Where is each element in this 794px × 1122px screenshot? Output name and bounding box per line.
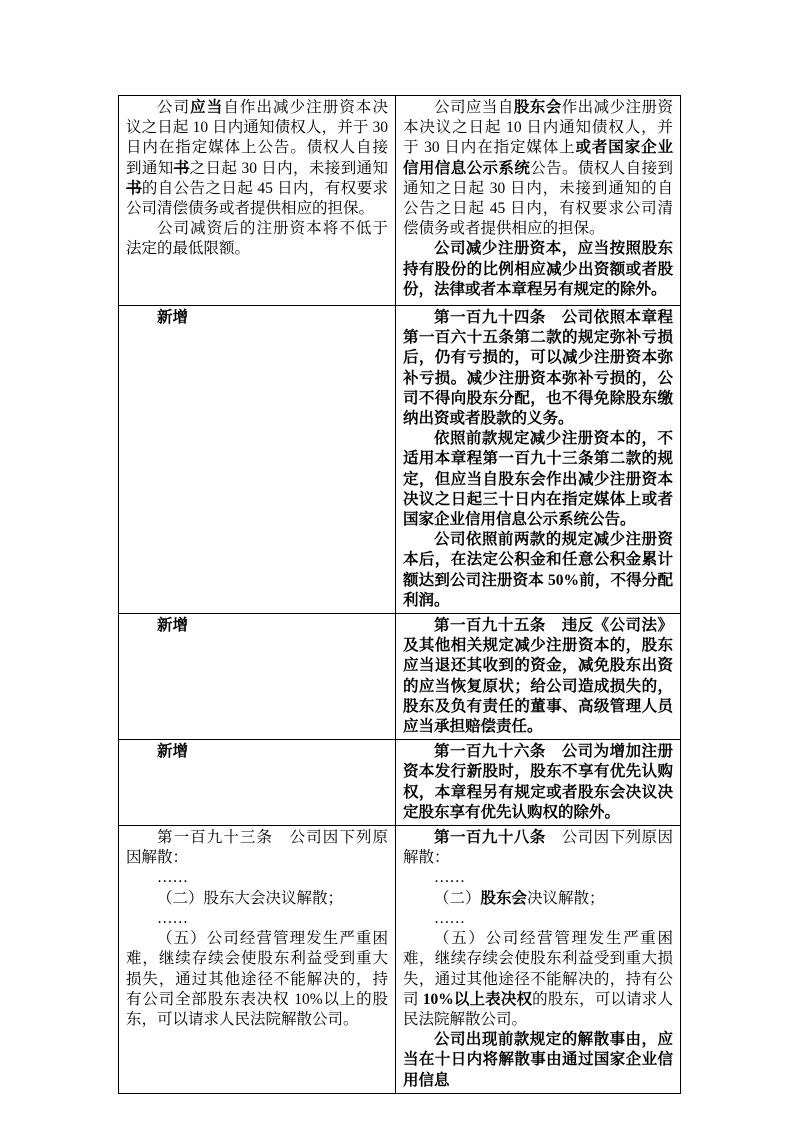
paragraph: …… bbox=[403, 868, 673, 888]
text-run: 公司 bbox=[157, 99, 190, 116]
text-run: 公司减资后的注册资本将不低于法定的最低限额。 bbox=[126, 220, 388, 257]
paragraph: 公司减少注册资本，应当按照股东持有股份的比例相应减少出资额或者股份，法律或者本章… bbox=[403, 239, 673, 300]
paragraph: 公司出现前款规定的解散事由，应当在十日内将解散事由通过国家企业信用信息 bbox=[403, 1030, 673, 1091]
old-version-cell: 新增 bbox=[119, 740, 396, 826]
text-run: 股东会 bbox=[481, 890, 528, 907]
text-run: 公司出现前款规定的解散事由，应当在十日内将解散事由通过国家企业信用信息 bbox=[403, 1031, 673, 1088]
text-run: 书 bbox=[174, 160, 190, 177]
paragraph: 公司应当自作出减少注册资本决议之日起 10 日内通知债权人，并于 30 日内在指… bbox=[126, 98, 388, 219]
text-run: （二） bbox=[434, 890, 481, 907]
text-run: （五）公司经营管理发生严重困难，继续存续会使股东利益受到重大损失，通过其他途径不… bbox=[126, 930, 388, 1028]
paragraph: 第一百九十四条 公司依照本章程第一百六十五条第二款的规定弥补亏损后，仍有亏损的，… bbox=[403, 308, 673, 429]
paragraph: …… bbox=[126, 868, 388, 888]
text-run: 第一百九十四条 公司依照本章程第一百六十五条第二款的规定弥补亏损后，仍有亏损的，… bbox=[403, 309, 673, 427]
text-run: 公司依照前两款的规定减少注册资本后，在法定公积金和任意公积金累计额达到公司注册资… bbox=[403, 531, 673, 609]
paragraph: 第一百九十三条 公司因下列原因解散： bbox=[126, 828, 388, 868]
table-row: 第一百九十三条 公司因下列原因解散：……（二）股东大会决议解散；……（五）公司经… bbox=[119, 826, 681, 1094]
text-run: 第一百九十五条 违反《公司法》及其他相关规定减少注册资本的，股东应当退还其收到的… bbox=[403, 617, 673, 735]
text-run: 新增 bbox=[157, 309, 188, 326]
new-version-cell: 第一百九十四条 公司依照本章程第一百六十五条第二款的规定弥补亏损后，仍有亏损的，… bbox=[396, 306, 681, 614]
text-run: 10%以上表决权 bbox=[423, 991, 532, 1008]
text-run: …… bbox=[157, 910, 188, 927]
paragraph: 新增 bbox=[126, 616, 388, 636]
text-run: 股东会 bbox=[514, 99, 562, 116]
text-run: 公司减少注册资本，应当按照股东持有股份的比例相应减少出资额或者股份，法律或者本章… bbox=[403, 240, 673, 297]
old-version-cell: 公司应当自作出减少注册资本决议之日起 10 日内通知债权人，并于 30 日内在指… bbox=[119, 96, 396, 306]
amendment-comparison-table: 公司应当自作出减少注册资本决议之日起 10 日内通知债权人，并于 30 日内在指… bbox=[118, 95, 681, 1094]
new-version-cell: 第一百九十六条 公司为增加注册资本发行新股时，股东不享有优先认购权，本章程另有规… bbox=[396, 740, 681, 826]
paragraph: 第一百九十八条 公司因下列原因解散： bbox=[403, 828, 673, 868]
text-run: 第一百九十六条 公司为增加注册资本发行新股时，股东不享有优先认购权，本章程另有规… bbox=[403, 743, 673, 821]
table-row: 新增第一百九十四条 公司依照本章程第一百六十五条第二款的规定弥补亏损后，仍有亏损… bbox=[119, 306, 681, 614]
paragraph: （五）公司经营管理发生严重困难，继续存续会使股东利益受到重大损失，通过其他途径不… bbox=[403, 929, 673, 1030]
text-run: …… bbox=[157, 869, 188, 886]
text-run: 新增 bbox=[157, 743, 188, 760]
old-version-cell: 第一百九十三条 公司因下列原因解散：……（二）股东大会决议解散；……（五）公司经… bbox=[119, 826, 396, 1094]
text-run: 书 bbox=[126, 180, 142, 197]
old-version-cell: 新增 bbox=[119, 306, 396, 614]
paragraph: （二）股东会决议解散； bbox=[403, 889, 673, 909]
paragraph: 新增 bbox=[126, 308, 388, 328]
table-row: 新增第一百九十五条 违反《公司法》及其他相关规定减少注册资本的，股东应当退还其收… bbox=[119, 614, 681, 740]
paragraph: 新增 bbox=[126, 742, 388, 762]
paragraph: 公司减资后的注册资本将不低于法定的最低限额。 bbox=[126, 219, 388, 259]
text-run: 新增 bbox=[157, 617, 188, 634]
paragraph: 公司依照前两款的规定减少注册资本后，在法定公积金和任意公积金累计额达到公司注册资… bbox=[403, 530, 673, 611]
new-version-cell: 第一百九十五条 违反《公司法》及其他相关规定减少注册资本的，股东应当退还其收到的… bbox=[396, 614, 681, 740]
paragraph: 第一百九十五条 违反《公司法》及其他相关规定减少注册资本的，股东应当退还其收到的… bbox=[403, 616, 673, 737]
paragraph: …… bbox=[126, 909, 388, 929]
old-version-cell: 新增 bbox=[119, 614, 396, 740]
text-run: 应当 bbox=[190, 99, 223, 116]
text-run: 公司应当自 bbox=[434, 99, 514, 116]
paragraph: 第一百九十六条 公司为增加注册资本发行新股时，股东不享有优先认购权，本章程另有规… bbox=[403, 742, 673, 823]
new-version-cell: 公司应当自股东会作出减少注册资本决议之日起 10 日内通知债权人，并于 30 日… bbox=[396, 96, 681, 306]
text-run: 决议解散； bbox=[527, 890, 605, 907]
comparison-table-body: 公司应当自作出减少注册资本决议之日起 10 日内通知债权人，并于 30 日内在指… bbox=[119, 96, 681, 1094]
text-run: …… bbox=[434, 869, 465, 886]
table-row: 新增第一百九十六条 公司为增加注册资本发行新股时，股东不享有优先认购权，本章程另… bbox=[119, 740, 681, 826]
paragraph: 公司应当自股东会作出减少注册资本决议之日起 10 日内通知债权人，并于 30 日… bbox=[403, 98, 673, 239]
text-run: （二）股东大会决议解散； bbox=[157, 890, 343, 907]
text-run: 的自公告之日起 45 日内，有权要求公司清偿债务或者提供相应的担保。 bbox=[126, 180, 388, 217]
table-row: 公司应当自作出减少注册资本决议之日起 10 日内通知债权人，并于 30 日内在指… bbox=[119, 96, 681, 306]
paragraph: （五）公司经营管理发生严重困难，继续存续会使股东利益受到重大损失，通过其他途径不… bbox=[126, 929, 388, 1030]
text-run: 第一百九十三条 公司因下列原因解散： bbox=[126, 829, 388, 866]
text-run: 第一百九十八条 bbox=[434, 829, 546, 846]
text-run: 依照前款规定减少注册资本的，不适用本章程第一百九十三条第二款的规定，但应当自股东… bbox=[403, 430, 673, 528]
paragraph: …… bbox=[403, 909, 673, 929]
paragraph: （二）股东大会决议解散； bbox=[126, 889, 388, 909]
new-version-cell: 第一百九十八条 公司因下列原因解散：……（二）股东会决议解散；……（五）公司经营… bbox=[396, 826, 681, 1094]
text-run: 之日起 30 日内，未接到通知 bbox=[190, 160, 388, 177]
paragraph: 依照前款规定减少注册资本的，不适用本章程第一百九十三条第二款的规定，但应当自股东… bbox=[403, 429, 673, 530]
text-run: …… bbox=[434, 910, 465, 927]
